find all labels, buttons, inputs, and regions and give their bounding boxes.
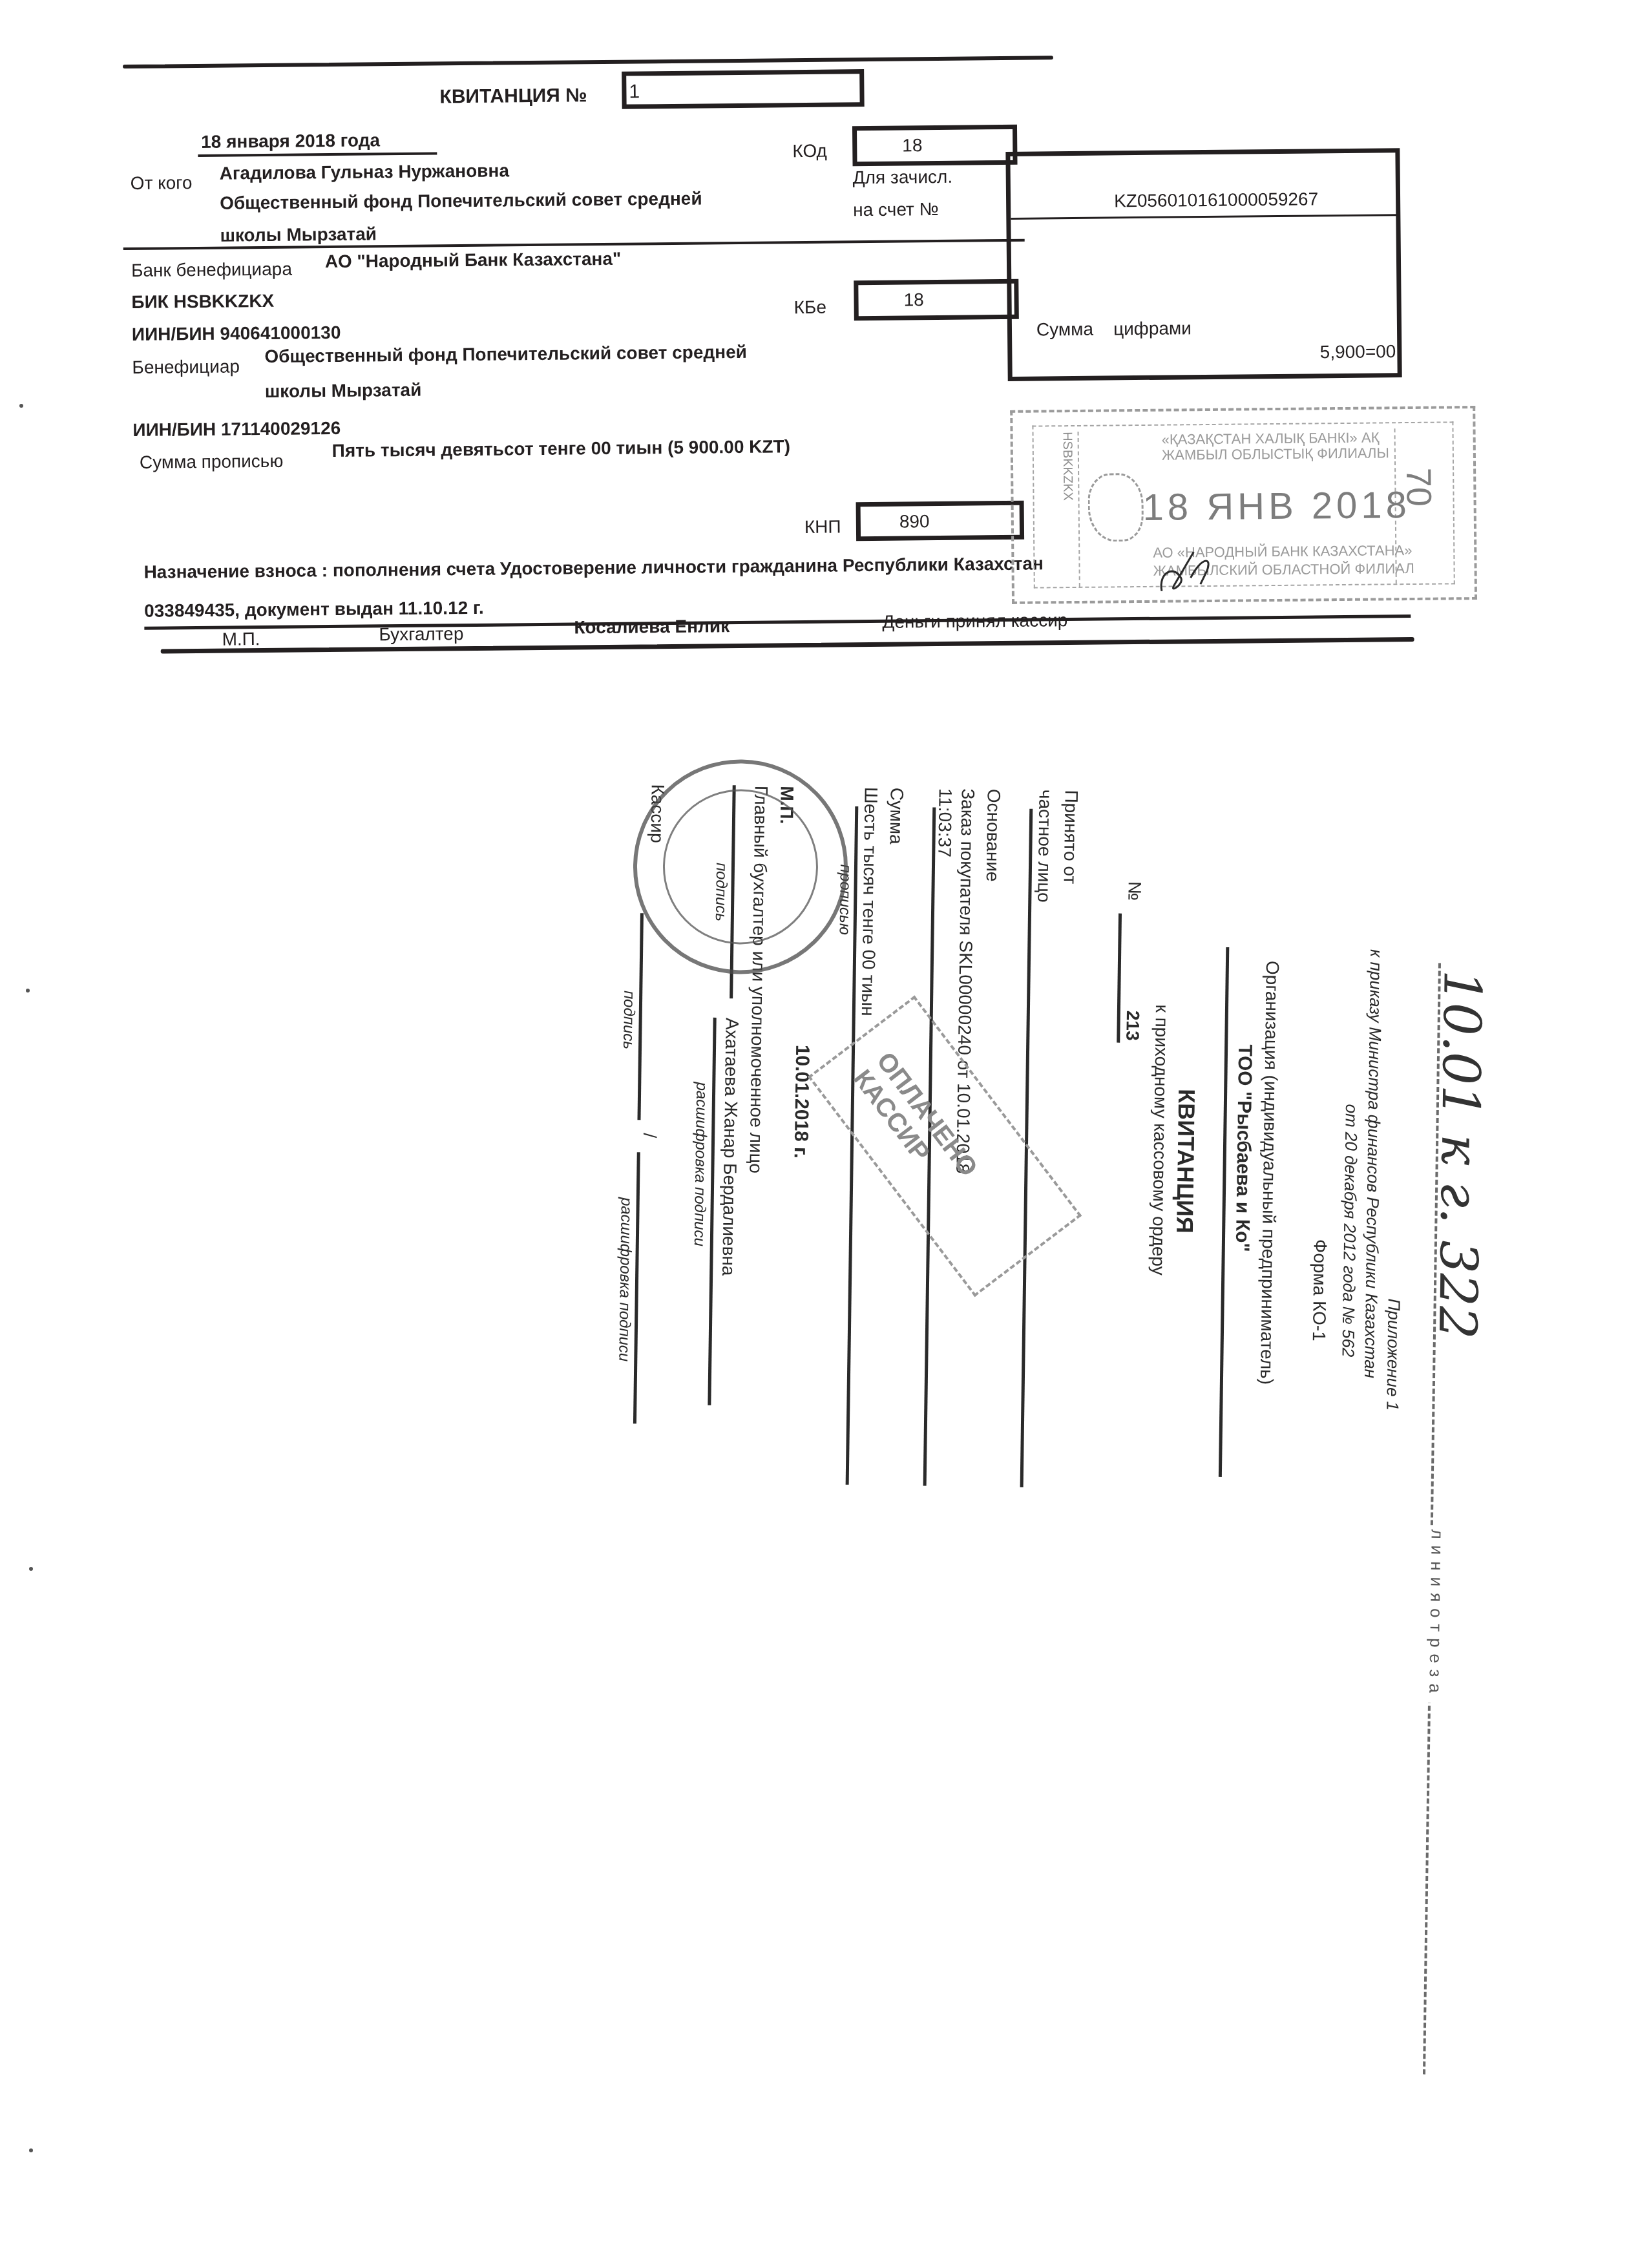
purpose-line2: 033849435, документ выдан 11.10.12 г. bbox=[144, 598, 484, 622]
appendix-line2: к приказу Министра финансов Республики К… bbox=[1360, 949, 1386, 1378]
bik: БИК HSBKKZKX bbox=[131, 291, 274, 313]
accepted-from-value: частное лицо bbox=[1033, 790, 1055, 903]
cut-line-label: линияотреза bbox=[1425, 1525, 1447, 1703]
chief-accountant-name: Ахатаева Жанар Бердалиевна bbox=[718, 1018, 742, 1276]
beneficiary-label: Бенефициар bbox=[132, 356, 240, 378]
kbe-box: 18 bbox=[854, 279, 1019, 320]
account-label-line2: на счет № bbox=[853, 199, 939, 220]
lower-receipt-title: КВИТАНЦИЯ bbox=[1171, 1089, 1200, 1234]
mp-label: М.П. bbox=[222, 629, 260, 650]
lower-receipt-subtitle: к приходному кассовому ордеру bbox=[1148, 1004, 1172, 1276]
torn-edge-top bbox=[123, 56, 1053, 68]
cashier-signature-line bbox=[637, 913, 643, 1120]
iin-bin-2: ИИН/БИН 171140029126 bbox=[132, 418, 341, 441]
bank-stamp: «ҚАЗАҚСТАН ХАЛЫҚ БАНКІ» АҚ ЖАМБЫЛ ОБЛЫСТ… bbox=[1010, 406, 1477, 604]
purpose-line1: Назначение взноса : пополнения счета Удо… bbox=[143, 553, 1044, 582]
account-label-line1: Для зачисл. bbox=[853, 167, 953, 188]
account-sum-box: KZ056010161000059267 Сумма цифрами 5,900… bbox=[1005, 148, 1402, 381]
cashier-signature-caption: подпись bbox=[619, 991, 638, 1049]
kbe-value: 18 bbox=[903, 289, 923, 310]
cashier-separator: / bbox=[639, 1133, 660, 1138]
account-divider bbox=[1011, 214, 1397, 220]
sum-label: Сумма bbox=[885, 788, 907, 845]
sum-digits-value: 5,900=00 bbox=[1320, 341, 1396, 362]
cash-receipt-ko1: линияотреза Приложение 1 к приказу Минис… bbox=[295, 947, 1415, 1641]
from-org-line1: Общественный фонд Попечительский совет с… bbox=[220, 189, 702, 214]
stamp-bik: HSBKKZKX bbox=[1060, 432, 1075, 501]
chief-name-line bbox=[708, 1018, 716, 1405]
sum-words-value: Шесть тысяч тенге 00 тиын bbox=[857, 787, 881, 1016]
knp-box: 890 bbox=[856, 501, 1025, 541]
basis-label: Основание bbox=[982, 789, 1004, 882]
chief-decoding-caption: расшифровка подписи bbox=[690, 1082, 711, 1246]
number-value: 213 bbox=[1122, 1011, 1143, 1041]
kazakhstan-map-icon bbox=[1087, 473, 1144, 542]
bank-receipt: КВИТАНЦИЯ № 1 18 января 2018 года От ког… bbox=[0, 0, 1649, 680]
torn-edge-bottom bbox=[161, 637, 1414, 654]
rect-stamp-text: ОПЛАЧЕНО КАССИР bbox=[847, 1047, 1042, 1277]
cashier-decoding-line bbox=[633, 1152, 640, 1423]
receipt-title: КВИТАНЦИЯ № bbox=[439, 85, 587, 108]
sum-words-label: Сумма прописью bbox=[140, 451, 284, 473]
knp-label: КНП bbox=[804, 516, 841, 538]
receipt-number: 1 bbox=[629, 81, 640, 103]
stamp-bank-top-line2: ЖАМБЫЛ ОБЛЫСТЫҚ ФИЛИАЛЫ bbox=[1162, 445, 1389, 463]
cashier-label: Деньги принял кассир bbox=[882, 610, 1067, 633]
sum-words-value: Пять тысяч девятьсот тенге 00 тиын (5 90… bbox=[332, 436, 790, 461]
org-label: Организация (индивидуальный предпринимат… bbox=[1256, 961, 1283, 1385]
kod-value: 18 bbox=[902, 135, 922, 156]
stamp-number: 70 bbox=[1398, 468, 1439, 507]
from-org-line2: школы Мырзатай bbox=[220, 224, 377, 246]
appendix-line3: от 20 декабря 2012 года № 562 bbox=[1338, 1104, 1361, 1357]
date-underline bbox=[198, 152, 437, 157]
org-name: ТОО "Рысбаева и Ко" bbox=[1231, 1044, 1255, 1252]
scan-speck bbox=[29, 1567, 33, 1571]
number-underline bbox=[1117, 914, 1122, 1043]
from-name: Агадилова Гульназ Нуржановна bbox=[219, 160, 509, 184]
stamp-date: 18 ЯНВ 2018 bbox=[1142, 483, 1411, 529]
accountant-label: Бухгалтер bbox=[379, 624, 463, 645]
receipt-number-box: 1 bbox=[622, 69, 865, 109]
scan-speck bbox=[29, 2148, 33, 2152]
cashier-decoding-caption: расшифровка подписи bbox=[614, 1197, 635, 1362]
bank-name: АО "Народный Банк Казахстана" bbox=[325, 249, 622, 272]
basis-value-line2: 11:03:37 bbox=[934, 788, 955, 857]
kod-box: 18 bbox=[852, 125, 1018, 166]
bank-label: Банк бенефициара bbox=[131, 259, 292, 281]
beneficiary-line2: школы Мырзатай bbox=[265, 380, 422, 402]
accountant-name: Косалиева Енлик bbox=[574, 616, 730, 638]
number-label: № bbox=[1124, 881, 1144, 901]
form-label: Форма КО-1 bbox=[1308, 1239, 1330, 1341]
sum-digits-label: Сумма цифрами bbox=[1036, 318, 1192, 340]
accepted-from-label: Принято от bbox=[1060, 790, 1082, 884]
signature-icon bbox=[1155, 545, 1233, 598]
lower-receipt-date: 10.01.2018 г. bbox=[790, 1045, 813, 1159]
iin-bin-1: ИИН/БИН 940641000130 bbox=[132, 322, 341, 345]
company-round-stamp bbox=[632, 758, 850, 976]
knp-value: 890 bbox=[899, 511, 930, 532]
beneficiary-line1: Общественный фонд Попечительский совет с… bbox=[264, 342, 747, 367]
appendix-line1: Приложение 1 bbox=[1382, 1298, 1403, 1411]
stamp-bank-top: «ҚАЗАҚСТАН ХАЛЫҚ БАНКІ» АҚ ЖАМБЫЛ ОБЛЫСТ… bbox=[1162, 430, 1390, 463]
kod-label: КОд bbox=[792, 141, 827, 162]
round-stamp-inner bbox=[662, 788, 819, 945]
receipt-date: 18 января 2018 года bbox=[201, 130, 380, 152]
scan-speck bbox=[19, 404, 23, 408]
kbe-label: КБе bbox=[794, 297, 827, 318]
from-label: От кого bbox=[131, 173, 193, 194]
account-number: KZ056010161000059267 bbox=[1114, 189, 1318, 211]
handwritten-note: 10.01 к г. 322 bbox=[1427, 969, 1493, 1339]
scan-speck bbox=[26, 989, 30, 992]
org-underline bbox=[1219, 947, 1229, 1477]
